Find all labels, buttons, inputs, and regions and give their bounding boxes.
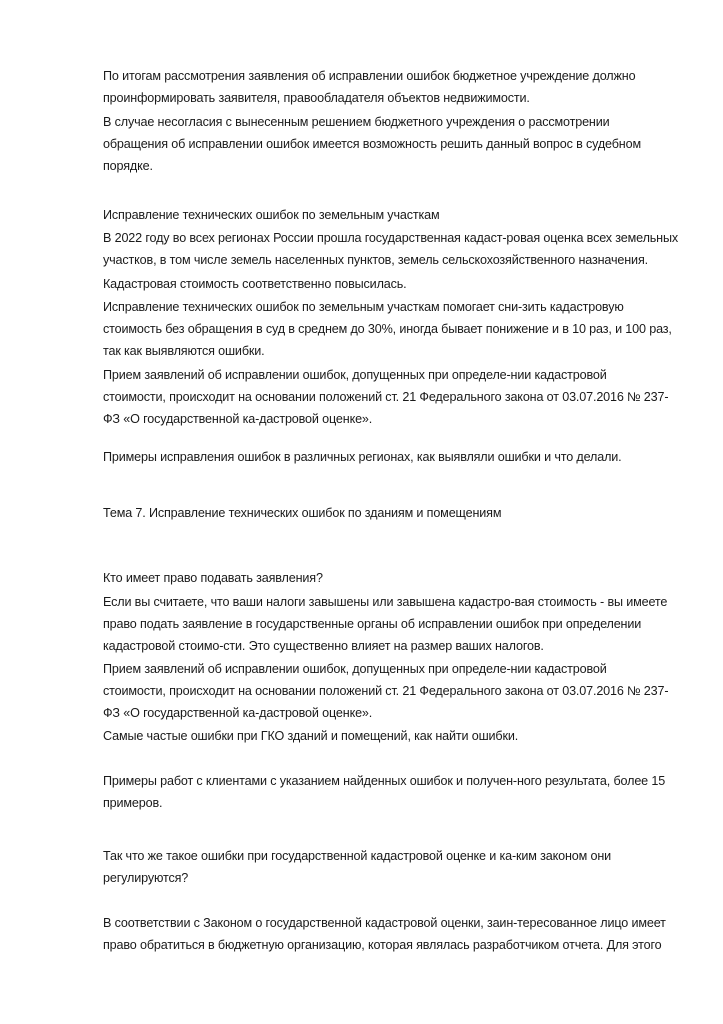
text-line: право подать заявление в государственные… (103, 616, 641, 632)
text-line: Самые частые ошибки при ГКО зданий и пом… (103, 728, 518, 744)
text-line: порядке. (103, 158, 153, 174)
text-line: обращения об исправлении ошибок имеется … (103, 136, 641, 152)
text-line: так как выявляются ошибки. (103, 343, 264, 359)
document-page: По итогам рассмотрения заявления об испр… (0, 0, 723, 1024)
text-line: проинформировать заявителя, правообладат… (103, 90, 530, 106)
text-line: Исправление технических ошибок по земель… (103, 299, 624, 315)
text-line: В соответствии с Законом о государственн… (103, 915, 666, 931)
text-line: кадастровой стоимо-сти. Это существенно … (103, 638, 544, 654)
text-line: стоимости, происходит на основании полож… (103, 683, 668, 699)
text-line: В 2022 году во всех регионах России прош… (103, 230, 678, 246)
text-line: Прием заявлений об исправлении ошибок, д… (103, 661, 607, 677)
text-line: ФЗ «О государственной ка-дастровой оценк… (103, 705, 372, 721)
text-line: регулируются? (103, 870, 188, 886)
question-heading: Кто имеет право подавать заявления? (103, 570, 323, 586)
text-line: Примеры работ с клиентами с указанием на… (103, 773, 665, 789)
text-line: Прием заявлений об исправлении ошибок, д… (103, 367, 607, 383)
topic-heading: Тема 7. Исправление технических ошибок п… (103, 505, 501, 521)
text-line: право обратиться в бюджетную организацию… (103, 937, 662, 953)
text-line: В случае несогласия с вынесенным решение… (103, 114, 610, 130)
section-heading: Исправление технических ошибок по земель… (103, 207, 440, 223)
text-line: ФЗ «О государственной ка-дастровой оценк… (103, 411, 372, 427)
text-line: участков, в том числе земель населенных … (103, 252, 648, 268)
text-line: стоимость без обращения в суд в среднем … (103, 321, 672, 337)
text-line: По итогам рассмотрения заявления об испр… (103, 68, 635, 84)
text-line: стоимости, происходит на основании полож… (103, 389, 668, 405)
text-line: Так что же такое ошибки при государствен… (103, 848, 611, 864)
text-line: Кадастровая стоимость соответственно пов… (103, 276, 407, 292)
text-line: Примеры исправления ошибок в различных р… (103, 449, 622, 465)
text-line: примеров. (103, 795, 162, 811)
text-line: Если вы считаете, что ваши налоги завыше… (103, 594, 667, 610)
